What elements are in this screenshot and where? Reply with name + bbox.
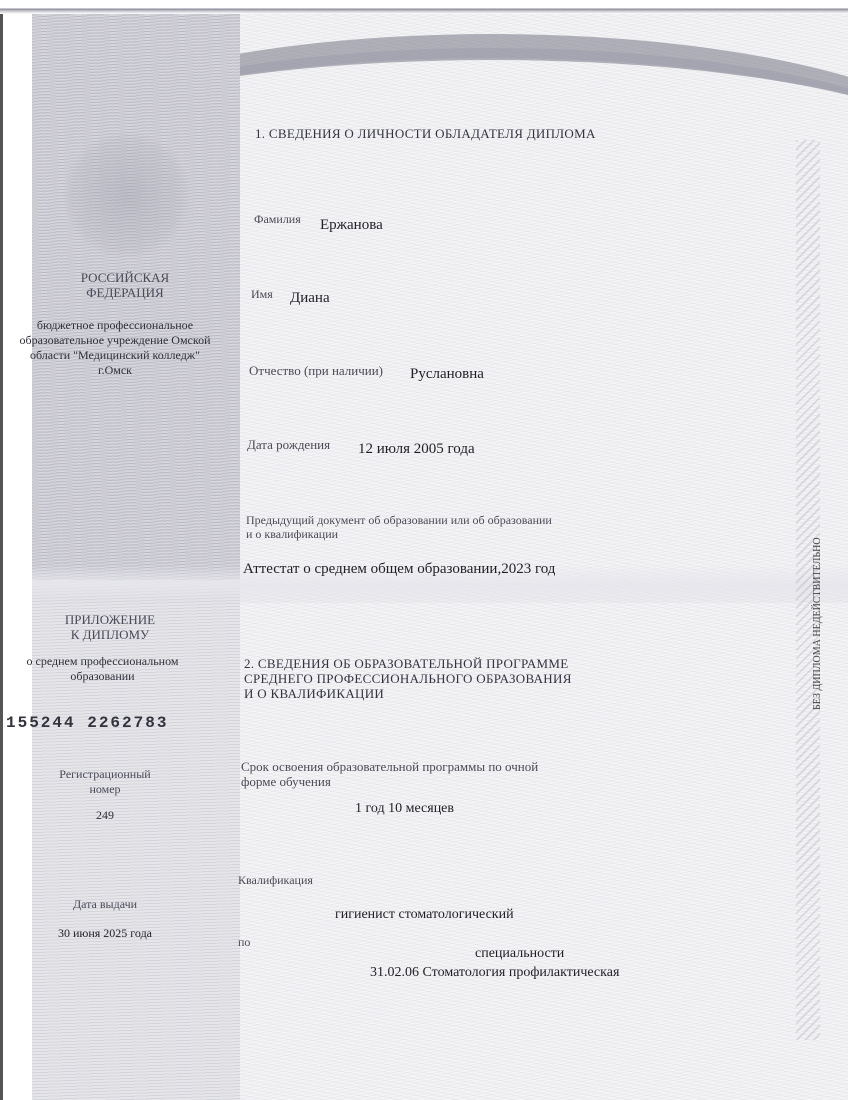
serial-number: 155244 2262783: [6, 714, 168, 732]
duration-label-line-2: форме обучения: [241, 774, 538, 789]
prev-doc-label-line-1: Предыдущий документ об образовании или о…: [246, 513, 552, 527]
institution-line-2: образовательное учреждение Омской: [0, 333, 230, 348]
section-2-heading-line-2: СРЕДНЕГО ПРОФЕССИОНАЛЬНОГО ОБРАЗОВАНИЯ: [244, 671, 572, 686]
country-name: РОССИЙСКАЯ ФЕДЕРАЦИЯ: [40, 270, 210, 300]
country-line-1: РОССИЙСКАЯ: [40, 270, 210, 285]
section-2-heading: 2. СВЕДЕНИЯ ОБ ОБРАЗОВАТЕЛЬНОЙ ПРОГРАММЕ…: [244, 656, 572, 701]
patronymic-value: Руслановна: [410, 366, 484, 383]
name-label: Имя: [251, 287, 273, 302]
surname-label: Фамилия: [254, 212, 301, 227]
side-note-vertical: БЕЗ ДИПЛОМА НЕДЕЙСТВИТЕЛЬНО: [812, 537, 823, 710]
registration-number: 249: [25, 808, 185, 823]
section-2-heading-line-3: И О КВАЛИФИКАЦИИ: [244, 686, 572, 701]
institution-line-1: бюджетное профессиональное: [0, 318, 230, 333]
country-line-2: ФЕДЕРАЦИЯ: [40, 285, 210, 300]
registration-label: Регистрационный номер: [25, 767, 185, 797]
level-line-1: о среднем профессиональном: [0, 654, 205, 669]
institution-line-3: области "Медицинский колледж": [0, 348, 230, 363]
issue-date-label: Дата выдачи: [25, 897, 185, 912]
scan-top-edge: [0, 0, 848, 14]
duration-label: Срок освоения образовательной программы …: [241, 759, 538, 789]
name-value: Диана: [290, 290, 330, 307]
previous-document-value: Аттестат о среднем общем образовании,202…: [243, 561, 555, 578]
scan-left-border: [0, 14, 3, 1100]
duration-value: 1 год 10 месяцев: [355, 801, 454, 817]
appendix-title: ПРИЛОЖЕНИЕ К ДИПЛОМУ: [10, 612, 210, 642]
section-1-heading: 1. СВЕДЕНИЯ О ЛИЧНОСТИ ОБЛАДАТЕЛЯ ДИПЛОМ…: [255, 126, 596, 142]
surname-value: Ержанова: [320, 217, 383, 234]
birthdate-label: Дата рождения: [247, 437, 330, 453]
level-line-2: образовании: [0, 669, 205, 684]
birthdate-value: 12 июля 2005 года: [358, 441, 475, 458]
qualification-value: гигиенист стоматологический: [335, 907, 514, 923]
coat-of-arms-emblem: [62, 130, 192, 260]
prev-doc-label-line-2: и о квалификации: [246, 527, 552, 541]
qualification-label: Квалификация: [238, 873, 313, 888]
reg-label-line-1: Регистрационный: [25, 767, 185, 782]
by-label: по: [238, 935, 250, 950]
duration-label-line-1: Срок освоения образовательной программы …: [241, 759, 538, 774]
institution-name: бюджетное профессиональное образовательн…: [0, 318, 230, 378]
appendix-line-1: ПРИЛОЖЕНИЕ: [10, 612, 210, 627]
patronymic-label: Отчество (при наличии): [249, 363, 383, 379]
reg-label-line-2: номер: [25, 782, 185, 797]
institution-line-4: г.Омск: [0, 363, 230, 378]
specialty-label: специальности: [475, 946, 564, 962]
education-level: о среднем профессиональном образовании: [0, 654, 205, 684]
issue-date: 30 июня 2025 года: [25, 926, 185, 941]
previous-document-label: Предыдущий документ об образовании или о…: [246, 513, 552, 541]
section-2-heading-line-1: 2. СВЕДЕНИЯ ОБ ОБРАЗОВАТЕЛЬНОЙ ПРОГРАММЕ: [244, 656, 572, 671]
appendix-line-2: К ДИПЛОМУ: [10, 627, 210, 642]
specialty-value: 31.02.06 Стоматология профилактическая: [370, 965, 619, 981]
